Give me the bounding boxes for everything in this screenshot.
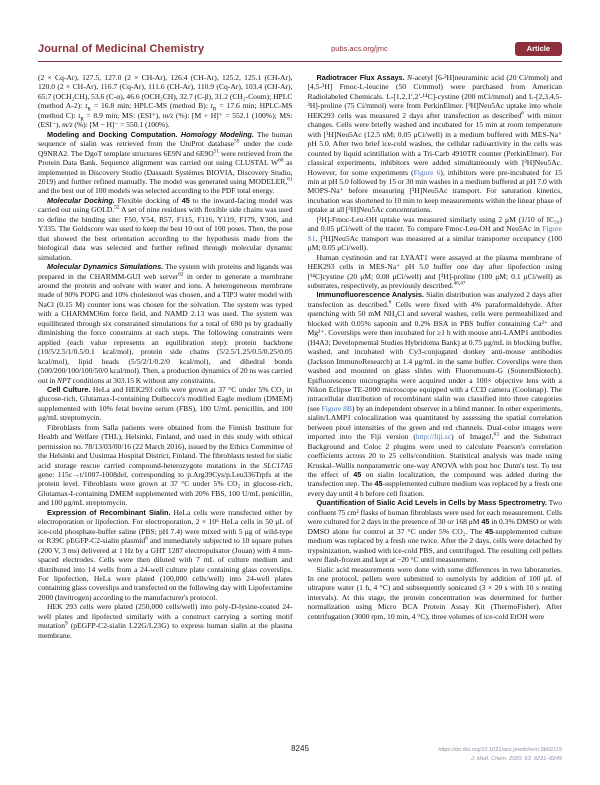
- text-run: Molecular Dynamics Simulations.: [47, 262, 163, 271]
- text-link[interactable]: Figure 8B: [322, 404, 352, 413]
- text-run: Homology Modeling.: [181, 130, 254, 139]
- text-run: , [³H]Neu5Ac transport was measured at a…: [308, 234, 563, 252]
- paragraph: [³H]-Fmoc-Leu-OH uptake was measured sim…: [308, 215, 563, 253]
- text-run: and immediately subjected to 10 square p…: [38, 536, 293, 602]
- text-run: and the best out of 100 models was selec…: [38, 186, 274, 195]
- article-body: (2 × Cq-Ar), 127.5, 127.0 (2 × CH-Ar), 1…: [38, 73, 562, 640]
- paragraph: Sialic acid measurements were done with …: [308, 565, 563, 622]
- paragraph: Radiotracer Flux Assays. N-acetyl [6-³H]…: [308, 73, 563, 215]
- text-run: 45: [485, 527, 493, 536]
- journal-citation: J. Med. Chem. 2020, 63, 8231−8249: [438, 755, 562, 763]
- text-run: Fibroblasts from Salla patients were obt…: [38, 423, 293, 470]
- journal-title: Journal of Medicinal Chemistry: [38, 43, 204, 55]
- reference-superscript: 46,47: [454, 280, 466, 286]
- text-run: [³H]-Fmoc-Leu-OH uptake was measured sim…: [308, 215, 563, 233]
- paragraph: Immunofluorescence Analysis. Sialin dist…: [308, 290, 563, 498]
- doi-link[interactable]: https://dx.doi.org/10.1021/acs.jmedchem.…: [438, 746, 562, 754]
- text-run: conditions at 303.15 K without any const…: [71, 376, 215, 385]
- text-run: ) of ImageJ,: [451, 432, 493, 441]
- text-run: Cell Culture.: [47, 385, 91, 394]
- column-left: (2 × Cq-Ar), 127.5, 127.0 (2 × CH-Ar), 1…: [38, 73, 293, 640]
- text-run: in order to generate a membrane around t…: [38, 272, 293, 385]
- paragraph: Quantification of Sialic Acid Levels in …: [308, 498, 563, 564]
- text-run: Radiotracer Flux Assays.: [317, 73, 405, 82]
- article-page: Journal of Medicinal Chemistry pubs.acs.…: [0, 0, 600, 785]
- text-link[interactable]: http://fiji.sc: [416, 432, 451, 441]
- text-run: 45: [182, 196, 190, 205]
- citation-block: https://dx.doi.org/10.1021/acs.jmedchem.…: [438, 746, 562, 763]
- text-run: m/z: [163, 111, 174, 120]
- text-run: m/z: [62, 120, 73, 129]
- text-run: Cells were fixed with 4% paraformaldehyd…: [308, 300, 563, 413]
- paragraph: Modeling and Docking Computation. Homolo…: [38, 130, 293, 196]
- text-run: SLC17A5: [263, 461, 292, 470]
- text-run: Sialic acid measurements were done with …: [308, 565, 563, 621]
- text-run: Molecular Docking.: [47, 196, 115, 205]
- paragraph: Fibroblasts from Salla patients were obt…: [38, 423, 293, 508]
- journal-url-link[interactable]: pubs.acs.org/jmc: [204, 44, 514, 53]
- text-run: Modeling and Docking Computation.: [47, 130, 181, 139]
- text-run: NPT: [57, 376, 71, 385]
- paragraph: (2 × Cq-Ar), 127.5, 127.0 (2 × CH-Ar), 1…: [38, 73, 293, 130]
- text-run: Quantification of Sialic Acid Levels in …: [317, 498, 547, 507]
- paragraph: Expression of Recombinant Sialin. HeLa c…: [38, 508, 293, 603]
- header-rule: [38, 61, 562, 63]
- paragraph: Molecular Dynamics Simulations. The syst…: [38, 262, 293, 385]
- text-link[interactable]: Figure 6: [414, 168, 441, 177]
- reference-superscript: 61: [287, 176, 292, 182]
- page-header: Journal of Medicinal Chemistry pubs.acs.…: [38, 0, 562, 56]
- text-run: Flexible docking of: [115, 196, 182, 205]
- text-run: Immunofluorescence Analysis.: [317, 290, 424, 299]
- text-run: Human cystinosin and rat LYAAT1 were ass…: [308, 253, 563, 290]
- paragraph: Molecular Docking. Flexible docking of 4…: [38, 196, 293, 262]
- text-run: (pEGFP-C2-sialin L22G/L23G) to express h…: [38, 621, 293, 639]
- paragraph: Human cystinosin and rat LYAAT1 were ass…: [308, 253, 563, 291]
- text-run: (%): [M − H]⁻ = 550.1 (100%).: [73, 120, 170, 129]
- column-right: Radiotracer Flux Assays. N-acetyl [6-³H]…: [308, 73, 563, 640]
- text-run: Expression of Recombinant Sialin.: [47, 508, 170, 517]
- text-run: = 8.9 min; MS: (ESI⁺),: [84, 111, 163, 120]
- article-type-badge: Article: [515, 42, 562, 56]
- text-run: gene: 115c→t/1007-1008del, corresponding…: [38, 470, 293, 507]
- paragraph: HEK 293 cells were plated (250,000 cells…: [38, 602, 293, 640]
- paragraph: Cell Culture. HeLa and HEK293 cells were…: [38, 385, 293, 423]
- text-run: = 16.8 min; HPLC-MS (method B):: [91, 101, 211, 110]
- text-run: 45: [374, 479, 382, 488]
